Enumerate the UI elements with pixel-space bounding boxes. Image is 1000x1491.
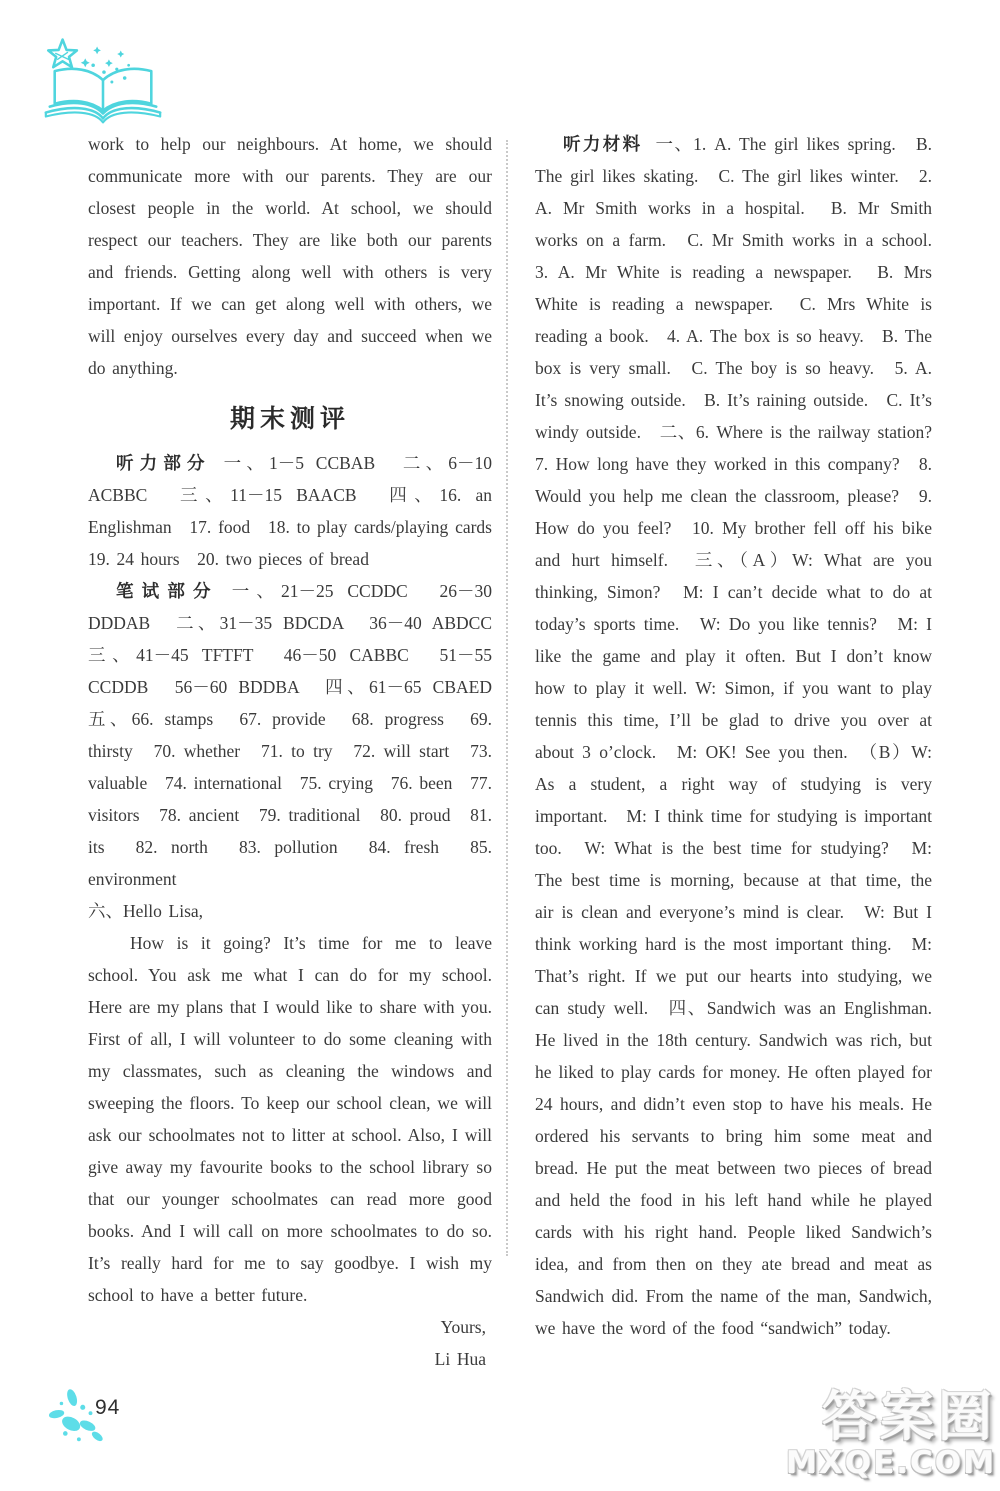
right-column: 听力材料一、1. A. The girl likes spring. B. Th… [535,128,932,1344]
letter-closing: Yours, [88,1311,492,1343]
watermark: 答案圈 MXQE.COM [786,1390,996,1479]
written-answers-paragraph: 笔试部分一、21－25 CCDDC 26－30 DDDAB 二、31－35 BD… [88,575,492,895]
essay-continuation-paragraph: work to help our neighbours. At home, we… [88,128,492,384]
letter-salutation: 六、Hello Lisa, [88,895,492,927]
left-column: work to help our neighbours. At home, we… [88,128,492,1375]
letter-body: How is it going? It’s time for me to lea… [88,927,492,1311]
page-number: 94 [95,1396,120,1420]
listening-answers-paragraph: 听力部分一、1－5 CCBAB 二、6－10 ACBBC 三、11－15 BAA… [88,447,492,575]
column-divider [506,140,508,1256]
scanned-answer-page: work to help our neighbours. At home, we… [0,0,1000,1491]
final-test-title: 期末测评 [88,399,492,435]
book-with-stars-logo-icon [34,32,172,132]
letter-signature: Li Hua [88,1343,492,1375]
listening-materials-paragraph: 听力材料一、1. A. The girl likes spring. B. Th… [535,128,932,1344]
listening-section-label: 听力部分 [116,453,211,473]
listening-materials-label: 听力材料 [563,134,642,154]
watermark-chinese: 答案圈 [786,1390,996,1444]
listening-materials-text: 一、1. A. The girl likes spring. B. The gi… [535,134,950,1338]
written-answers-text: 一、21－25 CCDDC 26－30 DDDAB 二、31－35 BDCDA … [88,581,510,889]
written-section-label: 笔试部分 [116,581,219,601]
watermark-domain: MXQE.COM [786,1448,996,1479]
